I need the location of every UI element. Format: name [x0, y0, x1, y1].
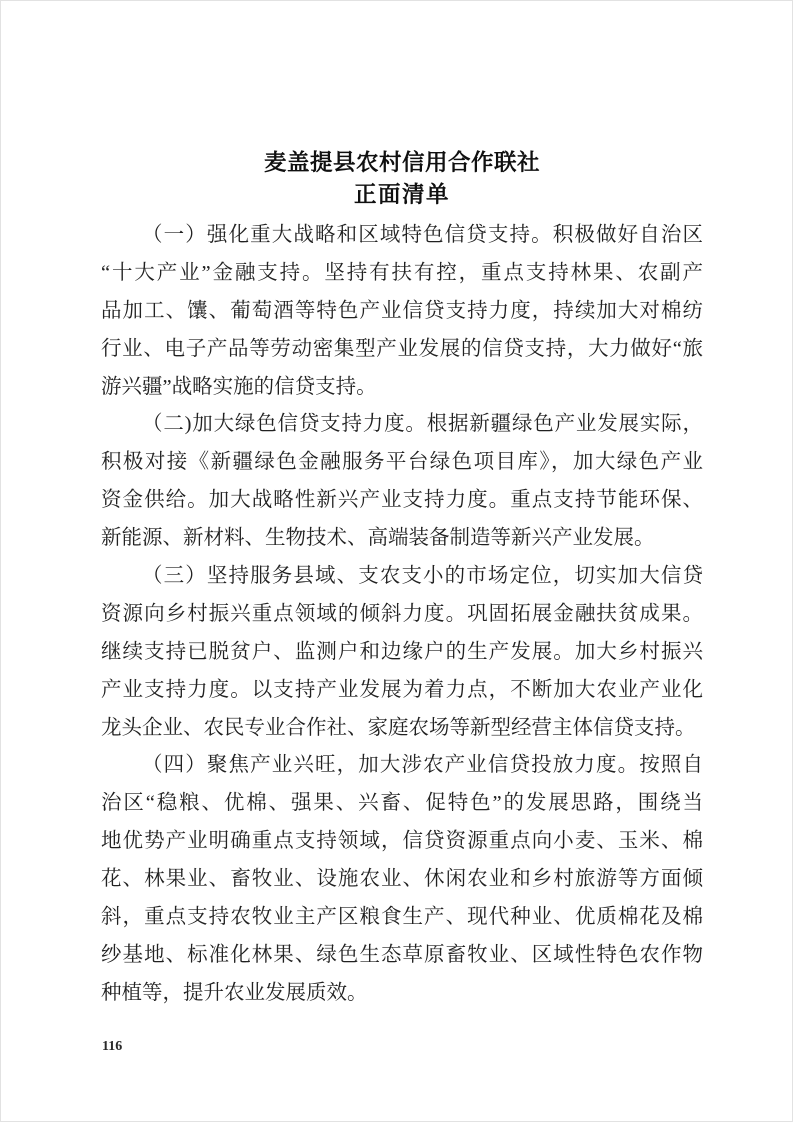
text-line: 游兴疆”战略实施的信贷支持。	[101, 369, 703, 407]
text-line: （一）强化重大战略和区域特色信贷支持。积极做好自治区	[101, 217, 703, 255]
text-line: “十大产业”金融支持。坚持有扶有控，重点支持林果、农副产	[101, 255, 703, 293]
document-page: 麦盖提县农村信用合作联社 正面清单 （一）强化重大战略和区域特色信贷支持。积极做…	[0, 0, 793, 1122]
text-line: 种植等，提升农业发展质效。	[101, 975, 703, 1013]
document-subtitle: 正面清单	[101, 179, 703, 211]
text-line: 行业、电子产品等劳动密集型产业发展的信贷支持，大力做好“旅	[101, 331, 703, 369]
text-line: 新能源、新材料、生物技术、高端装备制造等新兴产业发展。	[101, 520, 703, 558]
text-line: 地优势产业明确重点支持领域，信贷资源重点向小麦、玉米、棉	[101, 823, 703, 861]
text-line: 积极对接《新疆绿色金融服务平台绿色项目库》，加大绿色产业	[101, 444, 703, 482]
text-line: （三）坚持服务县域、支农支小的市场定位，切实加大信贷	[101, 558, 703, 596]
document-title: 麦盖提县农村信用合作联社	[101, 147, 703, 179]
document-body: （一）强化重大战略和区域特色信贷支持。积极做好自治区“十大产业”金融支持。坚持有…	[101, 217, 703, 1013]
text-line: 龙头企业、农民专业合作社、家庭农场等新型经营主体信贷支持。	[101, 710, 703, 748]
text-line: （二)加大绿色信贷支持力度。根据新疆绿色产业发展实际，	[101, 406, 703, 444]
paragraph: （四）聚焦产业兴旺，加大涉农产业信贷投放力度。按照自治区“稳粮、优棉、强果、兴畜…	[101, 747, 703, 1012]
page-number: 116	[102, 1039, 122, 1055]
text-line: 斜，重点支持农牧业主产区粮食生产、现代种业、优质棉花及棉	[101, 899, 703, 937]
text-line: 资源向乡村振兴重点领域的倾斜力度。巩固拓展金融扶贫成果。	[101, 596, 703, 634]
text-line: 纱基地、标准化林果、绿色生态草原畜牧业、区域性特色农作物	[101, 937, 703, 975]
text-line: 资金供给。加大战略性新兴产业支持力度。重点支持节能环保、	[101, 482, 703, 520]
text-line: 花、林果业、畜牧业、设施农业、休闲农业和乡村旅游等方面倾	[101, 861, 703, 899]
text-line: （四）聚焦产业兴旺，加大涉农产业信贷投放力度。按照自	[101, 747, 703, 785]
paragraph: （三）坚持服务县域、支农支小的市场定位，切实加大信贷资源向乡村振兴重点领域的倾斜…	[101, 558, 703, 747]
text-line: 品加工、馕、葡萄酒等特色产业信贷支持力度，持续加大对棉纺	[101, 293, 703, 331]
document-content: 麦盖提县农村信用合作联社 正面清单 （一）强化重大战略和区域特色信贷支持。积极做…	[101, 147, 703, 1013]
paragraph: （二)加大绿色信贷支持力度。根据新疆绿色产业发展实际，积极对接《新疆绿色金融服务…	[101, 406, 703, 558]
paragraph: （一）强化重大战略和区域特色信贷支持。积极做好自治区“十大产业”金融支持。坚持有…	[101, 217, 703, 406]
text-line: 继续支持已脱贫户、监测户和边缘户的生产发展。加大乡村振兴	[101, 634, 703, 672]
text-line: 产业支持力度。以支持产业发展为着力点，不断加大农业产业化	[101, 672, 703, 710]
text-line: 治区“稳粮、优棉、强果、兴畜、促特色”的发展思路，围绕当	[101, 785, 703, 823]
